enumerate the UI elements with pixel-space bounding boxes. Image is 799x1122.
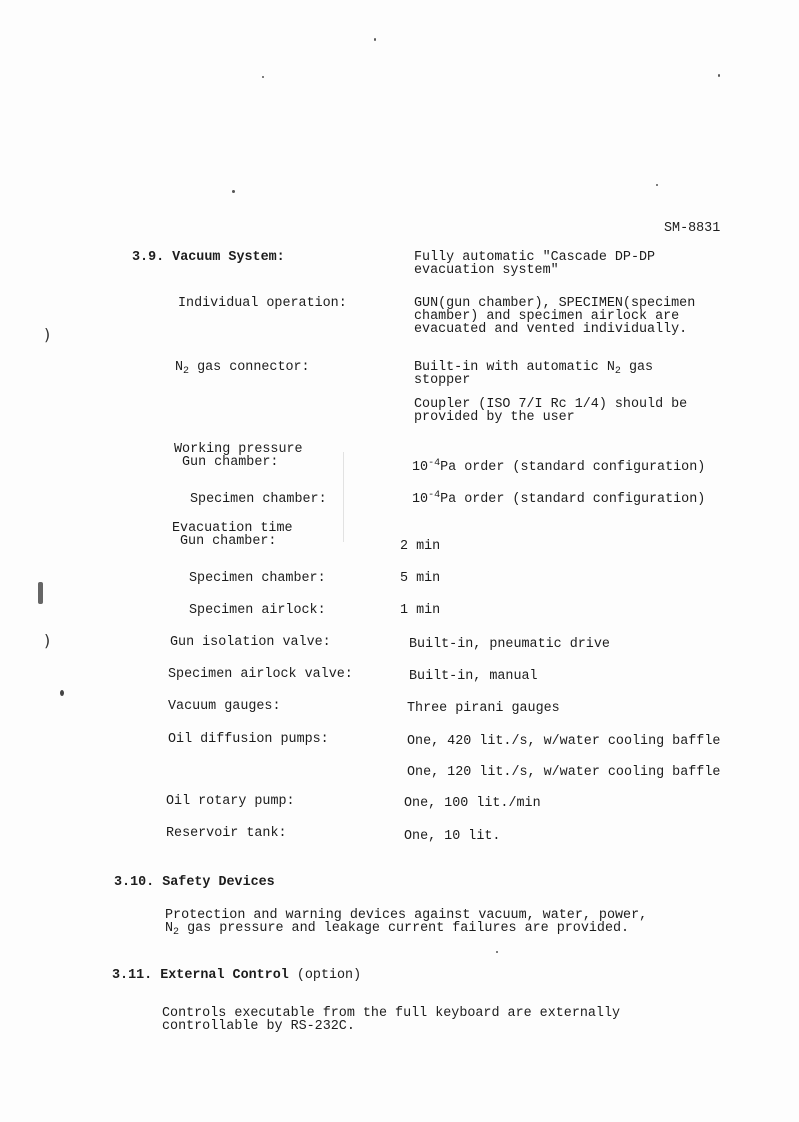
section-3-11-title: 3.11. External Control (option): [112, 969, 361, 983]
working-pressure-specimen-value: 10-4Pa order (standard configuration): [412, 493, 705, 507]
external-control-line-2: controllable by RS-232C.: [162, 1020, 355, 1034]
n2-connector-line-2: stopper: [414, 374, 470, 388]
binder-mark: ): [44, 328, 50, 342]
scan-speck: [656, 184, 658, 186]
safety-devices-line-2: N2 gas pressure and leakage current fail…: [165, 922, 629, 936]
spec-value-oil-diffusion-pump-1: One, 420 lit./s, w/water cooling baffle: [407, 735, 720, 749]
spec-value-reservoir-tank: One, 10 lit.: [404, 830, 500, 844]
scan-line: [343, 452, 344, 542]
document-page: ) ) SM-8831 3.9. Vacuum System: Fully au…: [0, 0, 799, 1122]
working-pressure-specimen-label: Specimen chamber:: [190, 493, 327, 507]
section-3-9-title: 3.9. Vacuum System:: [132, 251, 285, 265]
spec-label-vacuum-gauges: Vacuum gauges:: [168, 700, 281, 714]
spec-value-oil-diffusion-pump-2: One, 120 lit./s, w/water cooling baffle: [407, 766, 720, 780]
evac-specimen-label: Specimen chamber:: [189, 572, 326, 586]
spec-value-gun-isolation-valve: Built-in, pneumatic drive: [409, 638, 610, 652]
evac-gun-label: Gun chamber:: [180, 535, 276, 549]
section-3-10-title: 3.10. Safety Devices: [114, 876, 275, 890]
evac-specimen-value: 5 min: [400, 572, 440, 586]
working-pressure-gun-label: Gun chamber:: [182, 456, 278, 470]
scan-speck: [718, 74, 720, 77]
individual-operation-label: Individual operation:: [178, 297, 347, 311]
individual-operation-line-3: evacuated and vented individually.: [414, 323, 687, 337]
scan-speck: [374, 38, 376, 41]
document-id: SM-8831: [664, 222, 720, 236]
spec-label-airlock-valve: Specimen airlock valve:: [168, 668, 353, 682]
spec-label-oil-diffusion-pumps: Oil diffusion pumps:: [168, 733, 329, 747]
spec-label-oil-rotary-pump: Oil rotary pump:: [166, 795, 295, 809]
binder-mark: ): [44, 634, 50, 648]
spec-label-reservoir-tank: Reservoir tank:: [166, 827, 287, 841]
spec-label-gun-isolation-valve: Gun isolation valve:: [170, 636, 331, 650]
scan-speck: [60, 690, 64, 696]
evac-gun-value: 2 min: [400, 540, 440, 554]
scan-smudge: [38, 582, 43, 604]
evac-airlock-label: Specimen airlock:: [189, 604, 326, 618]
n2-connector-line-4: provided by the user: [414, 411, 575, 425]
scan-speck: [262, 76, 264, 78]
vacuum-system-summary-line-2: evacuation system": [414, 264, 559, 278]
spec-value-vacuum-gauges: Three pirani gauges: [407, 702, 560, 716]
spec-value-oil-rotary-pump: One, 100 lit./min: [404, 797, 541, 811]
spec-value-airlock-valve: Built-in, manual: [409, 670, 538, 684]
scan-speck: [232, 190, 235, 193]
n2-connector-label: N2 gas connector:: [175, 361, 310, 375]
evac-airlock-value: 1 min: [400, 604, 440, 618]
working-pressure-gun-value: 10-4Pa order (standard configuration): [412, 461, 705, 475]
scan-speck: [496, 951, 498, 953]
